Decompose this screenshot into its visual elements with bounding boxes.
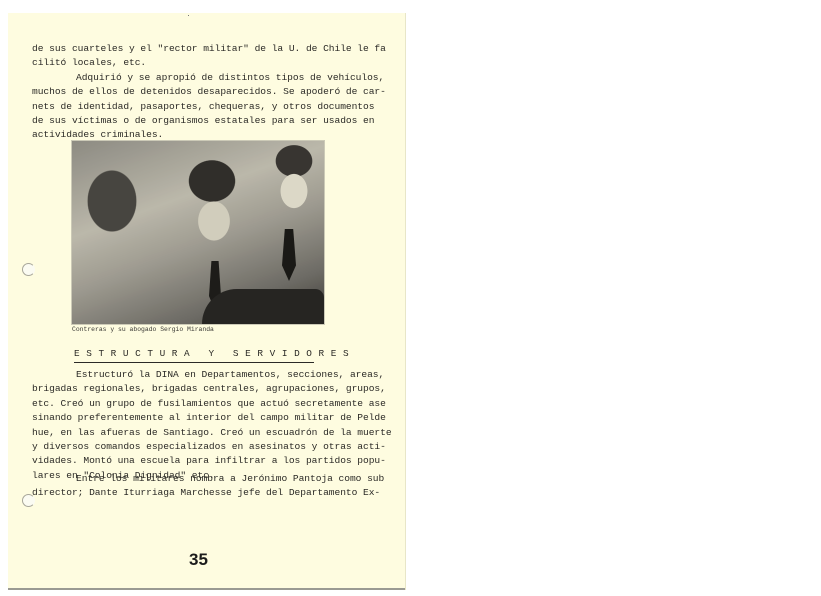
paragraph-3: Entre los militares nombra a Jerónimo Pa… bbox=[32, 472, 372, 501]
text-line: nets de identidad, pasaportes, chequeras… bbox=[32, 100, 372, 114]
text-line: de sus cuarteles y el "rector militar" d… bbox=[32, 42, 372, 56]
text-line: Adquirió y se apropió de distintos tipos… bbox=[32, 71, 372, 85]
page-number: 35 bbox=[189, 550, 208, 570]
paragraph-2: Estructuró la DINA en Departamentos, sec… bbox=[32, 368, 372, 483]
text-line: Estructuró la DINA en Departamentos, sec… bbox=[32, 368, 372, 382]
photo-detail bbox=[282, 229, 296, 281]
paragraph-1: de sus cuarteles y el "rector militar" d… bbox=[32, 42, 372, 143]
text-line: hue, en las afueras de Santiago. Creó un… bbox=[32, 426, 372, 440]
document-page: de sus cuarteles y el "rector militar" d… bbox=[8, 13, 405, 590]
text-line: muchos de ellos de detenidos desaparecid… bbox=[32, 85, 372, 99]
text-line: director; Dante Iturriaga Marchesse jefe… bbox=[32, 486, 372, 500]
text-line: de sus víctimas o de organismos estatale… bbox=[32, 114, 372, 128]
text-line: y diversos comandos especializados en as… bbox=[32, 440, 372, 454]
text-line: Entre los militares nombra a Jerónimo Pa… bbox=[32, 472, 372, 486]
text-line: sinando preferentemente al interior del … bbox=[32, 411, 372, 425]
photo-detail bbox=[202, 289, 324, 324]
heading-underline bbox=[74, 362, 314, 363]
photo-caption: Contreras y su abogado Sergio Miranda bbox=[72, 326, 214, 333]
text-line: cilitó locales, etc. bbox=[32, 56, 372, 70]
text-line: vidades. Montó una escuela para infiltra… bbox=[32, 454, 372, 468]
text-line: etc. Creó un grupo de fusilamientos que … bbox=[32, 397, 372, 411]
section-heading: ESTRUCTURA Y SERVIDORES bbox=[74, 348, 355, 359]
press-photo bbox=[71, 140, 325, 325]
text-line: brigadas regionales, brigadas centrales,… bbox=[32, 382, 372, 396]
speck bbox=[188, 15, 189, 16]
punch-hole-icon bbox=[22, 494, 35, 507]
punch-hole-icon bbox=[22, 263, 35, 276]
